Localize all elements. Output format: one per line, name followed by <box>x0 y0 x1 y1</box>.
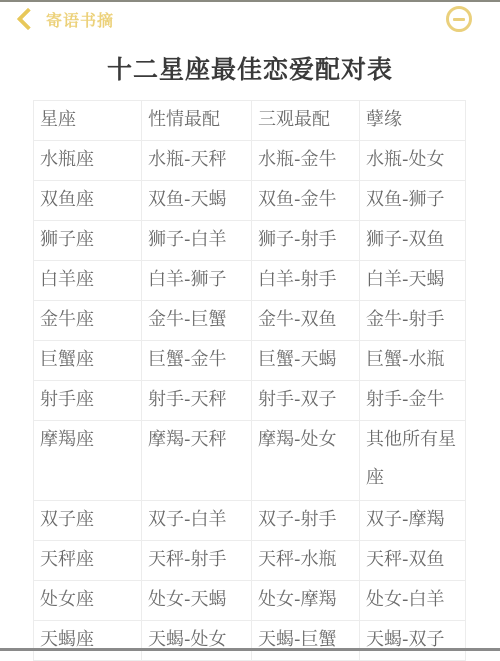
navbar: 寄语书摘 <box>0 2 500 36</box>
table-cell: 天蝎-双子 <box>360 621 466 652</box>
table-cell: 天蝎座 <box>34 621 142 652</box>
chevron-left-icon <box>17 8 40 31</box>
header-cell: 三观最配 <box>252 101 360 141</box>
table-cell: 天秤-射手 <box>142 541 252 581</box>
table-cell: 白羊-天蝎 <box>360 261 466 301</box>
table-cell: 双子座 <box>34 501 142 541</box>
zodiac-match-table: 星座 性情最配 三观最配 孽缘 水瓶座 水瓶-天秤 水瓶-金牛 水瓶-处女 双鱼… <box>33 100 466 651</box>
table-cell: 其他所有星座 <box>360 421 466 501</box>
table-row: 射手座 射手-天秤 射手-双子 射手-金牛 <box>34 381 466 421</box>
table-cell: 摩羯座 <box>34 421 142 501</box>
table-row: 双鱼座 双鱼-天蝎 双鱼-金牛 双鱼-狮子 <box>34 181 466 221</box>
table-cell: 天蝎-处女 <box>142 621 252 652</box>
table-cell: 巨蟹-金牛 <box>142 341 252 381</box>
table-cell: 水瓶座 <box>34 141 142 181</box>
table-cell: 白羊-狮子 <box>142 261 252 301</box>
table-cell: 天秤-水瓶 <box>252 541 360 581</box>
table-cell: 狮子-白羊 <box>142 221 252 261</box>
table-row: 天秤座 天秤-射手 天秤-水瓶 天秤-双鱼 <box>34 541 466 581</box>
table-cell: 水瓶-处女 <box>360 141 466 181</box>
table-cell: 水瓶-金牛 <box>252 141 360 181</box>
table-cell: 狮子-射手 <box>252 221 360 261</box>
table-cell: 巨蟹座 <box>34 341 142 381</box>
table-cell: 白羊座 <box>34 261 142 301</box>
table-cell: 摩羯-天秤 <box>142 421 252 501</box>
table-cell: 水瓶-天秤 <box>142 141 252 181</box>
table-row: 白羊座 白羊-狮子 白羊-射手 白羊-天蝎 <box>34 261 466 301</box>
more-button[interactable] <box>446 6 472 32</box>
table-row: 水瓶座 水瓶-天秤 水瓶-金牛 水瓶-处女 <box>34 141 466 181</box>
page-title: 十二星座最佳恋爱配对表 <box>0 50 500 86</box>
table-cell: 处女-白羊 <box>360 581 466 621</box>
table-cell: 处女-天蝎 <box>142 581 252 621</box>
table-cell: 金牛座 <box>34 301 142 341</box>
header-cell: 性情最配 <box>142 101 252 141</box>
table-cell: 金牛-双鱼 <box>252 301 360 341</box>
table-cell: 双子-摩羯 <box>360 501 466 541</box>
table-cell: 双鱼-天蝎 <box>142 181 252 221</box>
table-cell: 白羊-射手 <box>252 261 360 301</box>
table-cell: 巨蟹-天蝎 <box>252 341 360 381</box>
table-row: 摩羯座 摩羯-天秤 摩羯-处女 其他所有星座 <box>34 421 466 501</box>
table-row: 双子座 双子-白羊 双子-射手 双子-摩羯 <box>34 501 466 541</box>
table-cell: 天秤座 <box>34 541 142 581</box>
table-cell: 射手-双子 <box>252 381 360 421</box>
table-cell: 双子-白羊 <box>142 501 252 541</box>
table-cell: 摩羯-处女 <box>252 421 360 501</box>
table-cell: 处女-摩羯 <box>252 581 360 621</box>
back-button[interactable]: 寄语书摘 <box>14 4 114 34</box>
table-cell: 巨蟹-水瓶 <box>360 341 466 381</box>
table-row: 处女座 处女-天蝎 处女-摩羯 处女-白羊 <box>34 581 466 621</box>
table-row: 金牛座 金牛-巨蟹 金牛-双鱼 金牛-射手 <box>34 301 466 341</box>
table-cell: 射手座 <box>34 381 142 421</box>
back-label: 寄语书摘 <box>46 8 114 31</box>
table-cell: 天蝎-巨蟹 <box>252 621 360 652</box>
table-cell: 双鱼-金牛 <box>252 181 360 221</box>
table-cell: 射手-金牛 <box>360 381 466 421</box>
table-cell: 金牛-巨蟹 <box>142 301 252 341</box>
table-cell: 双鱼座 <box>34 181 142 221</box>
table-cell: 射手-天秤 <box>142 381 252 421</box>
table-cell: 狮子座 <box>34 221 142 261</box>
table-row: 天蝎座 天蝎-处女 天蝎-巨蟹 天蝎-双子 <box>34 621 466 652</box>
table-cell: 双鱼-狮子 <box>360 181 466 221</box>
table-header-row: 星座 性情最配 三观最配 孽缘 <box>34 101 466 141</box>
more-circle-icon <box>453 18 465 21</box>
table-row: 狮子座 狮子-白羊 狮子-射手 狮子-双鱼 <box>34 221 466 261</box>
table-row: 巨蟹座 巨蟹-金牛 巨蟹-天蝎 巨蟹-水瓶 <box>34 341 466 381</box>
header-cell: 孽缘 <box>360 101 466 141</box>
table-cell: 金牛-射手 <box>360 301 466 341</box>
table-cell: 双子-射手 <box>252 501 360 541</box>
header-cell: 星座 <box>34 101 142 141</box>
table-cell: 天秤-双鱼 <box>360 541 466 581</box>
table-cell: 处女座 <box>34 581 142 621</box>
table-cell: 狮子-双鱼 <box>360 221 466 261</box>
